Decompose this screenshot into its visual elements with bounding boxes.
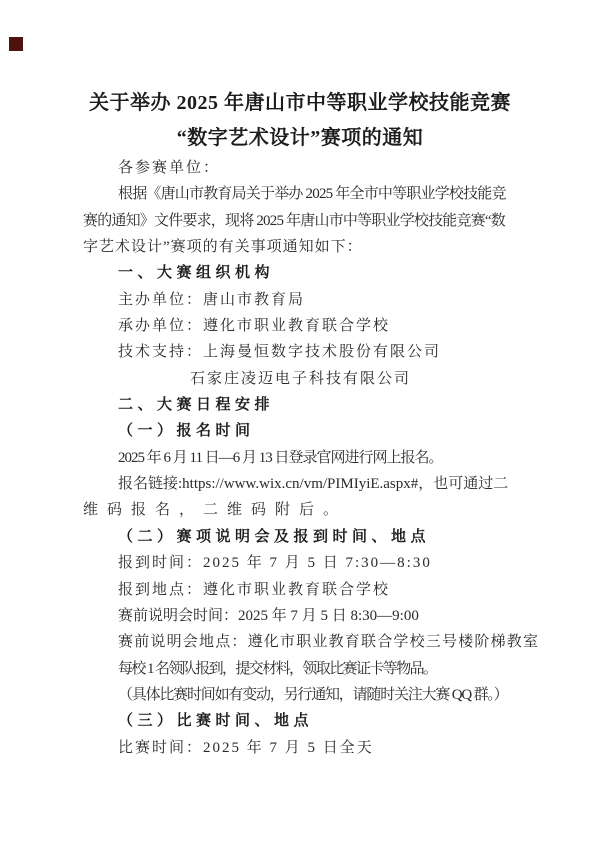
- doc-line-briefing-place: 赛前说明会地点：遵化市职业教育联合学校三号楼阶梯教室: [83, 629, 533, 655]
- doc-line-briefing-time: 赛前说明会时间：2025 年 7 月 5 日 8:30—9:00: [83, 603, 533, 629]
- doc-heading-signup-time: （一）报名时间: [83, 418, 533, 444]
- doc-line-competition-time: 比赛时间：2025 年 7 月 5 日全天: [83, 735, 533, 761]
- doc-line: 维码报名，二维码附后。: [83, 497, 533, 523]
- doc-heading-section-2: 二、大赛日程安排: [83, 392, 533, 418]
- doc-line-salutation: 各参赛单位：: [83, 155, 533, 181]
- doc-line-checkin-place: 报到地点：遵化市职业教育联合学校: [83, 577, 533, 603]
- title-line-2: “数字艺术设计”赛项的通知: [0, 121, 600, 156]
- doc-line-signup-dates: 2025 年 6 月 11 日—6 月 13 日登录官网进行网上报名。: [83, 445, 533, 471]
- doc-line-tech-support: 技术支持：上海曼恒数字技术股份有限公司: [83, 339, 533, 365]
- corner-marker: [9, 37, 23, 51]
- doc-line: 根据《唐山市教育局关于举办 2025 年全市中等职业学校技能竞: [83, 181, 533, 207]
- doc-line-host: 承办单位：遵化市职业教育联合学校: [83, 313, 533, 339]
- doc-line-registration-link: 报名链接:https://www.wix.cn/vm/PIMIyiE.aspx#…: [83, 471, 533, 497]
- doc-line-tech-support-2: 石家庄凌迈电子科技有限公司: [83, 366, 533, 392]
- title-line-1: 关于举办 2025 年唐山市中等职业学校技能竞赛: [0, 86, 600, 121]
- doc-heading-section-1: 一、大赛组织机构: [83, 260, 533, 286]
- document-body: 各参赛单位： 根据《唐山市教育局关于举办 2025 年全市中等职业学校技能竞 赛…: [83, 155, 533, 761]
- doc-line: 字艺术设计”赛项的有关事项通知如下：: [83, 234, 533, 260]
- doc-line-team-leader: 每校 1 名领队报到，提交材料，领取比赛证卡等物品。: [83, 656, 533, 682]
- doc-heading-competition: （三）比赛时间、地点: [83, 708, 533, 734]
- document-page: 关于举办 2025 年唐山市中等职业学校技能竞赛 “数字艺术设计”赛项的通知 各…: [0, 0, 600, 848]
- doc-line-qq-note: （具体比赛时间如有变动，另行通知，请随时关注大赛 QQ 群。）: [83, 682, 533, 708]
- document-title: 关于举办 2025 年唐山市中等职业学校技能竞赛 “数字艺术设计”赛项的通知: [0, 86, 600, 156]
- doc-line-checkin-time: 报到时间：2025 年 7 月 5 日 7:30—8:30: [83, 550, 533, 576]
- doc-heading-checkin: （二）赛项说明会及报到时间、地点: [83, 524, 533, 550]
- doc-line-organizer: 主办单位：唐山市教育局: [83, 287, 533, 313]
- doc-line: 赛的通知》文件要求，现将 2025 年唐山市中等职业学校技能竞赛“数: [83, 208, 533, 234]
